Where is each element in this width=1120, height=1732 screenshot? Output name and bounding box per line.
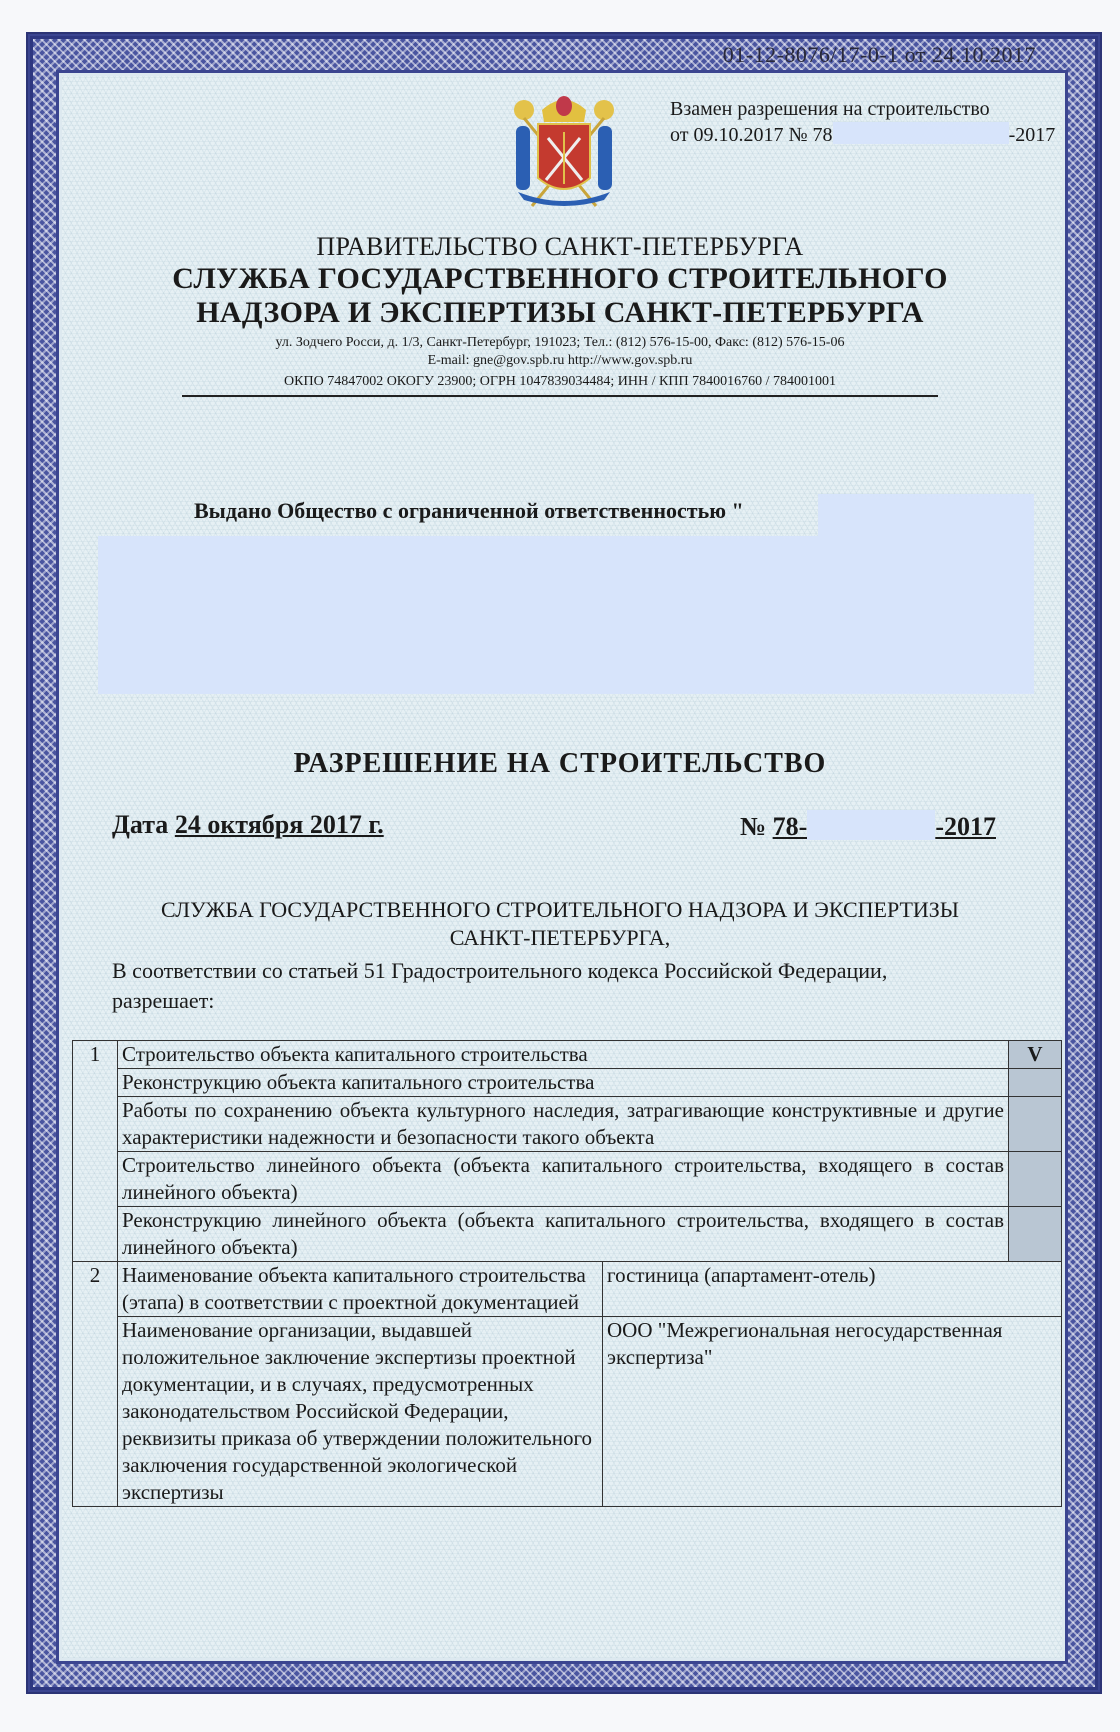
table-row: 1 Строительство объекта капитального стр… xyxy=(73,1041,1062,1069)
address-block: ул. Зодчего Росси, д. 1/3, Санкт-Петербу… xyxy=(0,334,1120,370)
redacted-number xyxy=(833,122,1009,144)
permit-type: Работы по сохранению объекта культурного… xyxy=(118,1097,1009,1152)
permit-type: Строительство линейного объекта (объекта… xyxy=(118,1152,1009,1207)
address: ул. Зодчего Росси, д. 1/3, Санкт-Петербу… xyxy=(0,334,1120,352)
permit-type-mark: V xyxy=(1009,1041,1062,1069)
redacted-permit-number xyxy=(807,810,935,840)
section-number: 1 xyxy=(73,1041,118,1262)
field-value: гостиница (апартамент-отель) xyxy=(603,1262,1062,1317)
table-row: Реконструкцию объекта капитального строи… xyxy=(73,1069,1062,1097)
replacement-note-line1: Взамен разрешения на строительство xyxy=(670,96,1055,122)
field-label: Наименование объекта капитального строит… xyxy=(118,1262,603,1317)
serial-number: 01-12-8076/17-0-1 от 24.10.2017 xyxy=(723,42,1036,68)
government-title: ПРАВИТЕЛЬСТВО САНКТ-ПЕТЕРБУРГА xyxy=(0,232,1120,262)
permit-type: Реконструкцию линейного объекта (объекта… xyxy=(118,1207,1009,1262)
issued-to: Выдано Общество с ограниченной ответстве… xyxy=(194,498,744,524)
replacement-note: Взамен разрешения на строительство от 09… xyxy=(670,96,1055,148)
field-value: ООО "Межрегиональная негосударственная э… xyxy=(603,1317,1062,1507)
header-divider xyxy=(182,395,938,397)
section-number: 2 xyxy=(73,1262,118,1507)
permit-type-mark xyxy=(1009,1207,1062,1262)
contacts: E-mail: gne@gov.spb.ru http://www.gov.sp… xyxy=(0,352,1120,370)
permit-type-mark xyxy=(1009,1152,1062,1207)
table-row: Строительство линейного объекта (объекта… xyxy=(73,1152,1062,1207)
permit-table: 1 Строительство объекта капитального стр… xyxy=(72,1040,1062,1507)
registration-codes: ОКПО 74847002 ОКОГУ 23900; ОГРН 10478390… xyxy=(0,374,1120,390)
issuing-authority: СЛУЖБА ГОСУДАРСТВЕННОГО СТРОИТЕЛЬНОГО НА… xyxy=(0,896,1120,952)
permit-date: Дата 24 октября 2017 г. xyxy=(112,810,384,840)
permit-type-mark xyxy=(1009,1097,1062,1152)
table-row: Наименование организации, выдавшей полож… xyxy=(73,1317,1062,1507)
replacement-note-line2: от 09.10.2017 № 78-2017 xyxy=(670,122,1055,148)
redacted-company-name xyxy=(818,494,1034,536)
table-row: Работы по сохранению объекта культурного… xyxy=(73,1097,1062,1152)
legal-basis: В соответствии со статьей 51 Градостроит… xyxy=(112,956,887,1016)
permit-type: Реконструкцию объекта капитального строи… xyxy=(118,1069,1009,1097)
permit-type-mark xyxy=(1009,1069,1062,1097)
permit-number: № 78--2017 xyxy=(740,810,996,842)
coat-of-arms-icon xyxy=(504,88,624,210)
table-row: Реконструкцию линейного объекта (объекта… xyxy=(73,1207,1062,1262)
field-label: Наименование организации, выдавшей полож… xyxy=(118,1317,603,1507)
permit-type: Строительство объекта капитального строи… xyxy=(118,1041,1009,1069)
document-title: РАЗРЕШЕНИЕ НА СТРОИТЕЛЬСТВО xyxy=(0,748,1120,780)
table-row: 2 Наименование объекта капитального стро… xyxy=(73,1262,1062,1317)
service-title: СЛУЖБА ГОСУДАРСТВЕННОГО СТРОИТЕЛЬНОГО НА… xyxy=(0,262,1120,330)
redacted-company-details xyxy=(98,536,1034,694)
